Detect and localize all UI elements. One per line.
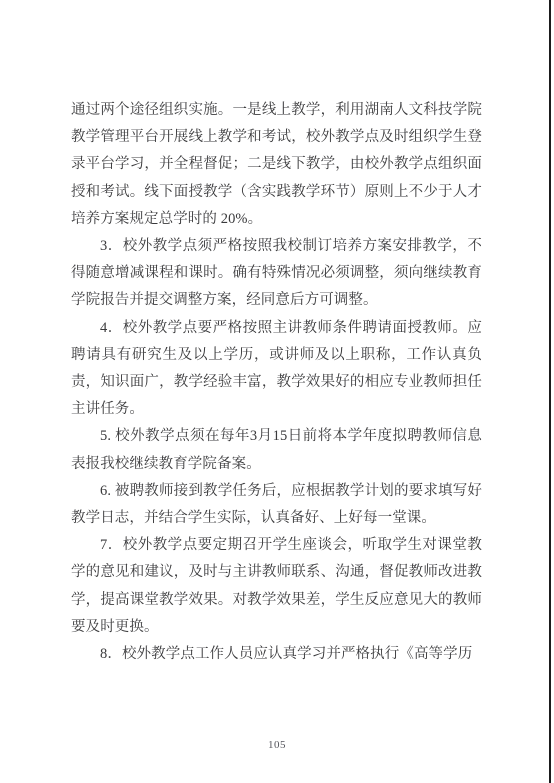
paragraph-item-3: 3．校外教学点须严格按照我校制订培养方案安排教学，不得随意增减课程和课时。确有特… [71,233,482,315]
scan-edge-line [549,0,551,783]
paragraph-item-4: 4．校外教学点要严格按照主讲教师条件聘请面授教师。应聘请具有研究生及以上学历，或… [71,315,482,424]
document-body: 通过两个途径组织实施。一是线上教学，利用湖南人文科技学院教学管理平台开展线上教学… [71,97,482,668]
paragraph-item-5: 5. 校外教学点须在每年3月15日前将本学年度拟聘教师信息表报我校继续教育学院备… [71,423,482,477]
paragraph-item-8: 8．校外教学点工作人员应认真学习并严格执行《高等学历 [71,641,482,668]
page-number: 105 [0,739,554,755]
paragraph-continuation: 通过两个途径组织实施。一是线上教学，利用湖南人文科技学院教学管理平台开展线上教学… [71,97,482,233]
paragraph-item-6: 6. 被聘教师接到教学任务后，应根据教学计划的要求填写好教学日志，并结合学生实际… [71,478,482,532]
document-page: 通过两个途径组织实施。一是线上教学，利用湖南人文科技学院教学管理平台开展线上教学… [0,0,554,783]
document-viewport: { "document": { "page_number": "105", "p… [0,0,554,783]
paragraph-item-7: 7．校外教学点要定期召开学生座谈会，听取学生对课堂教学的意见和建议，及时与主讲教… [71,532,482,641]
